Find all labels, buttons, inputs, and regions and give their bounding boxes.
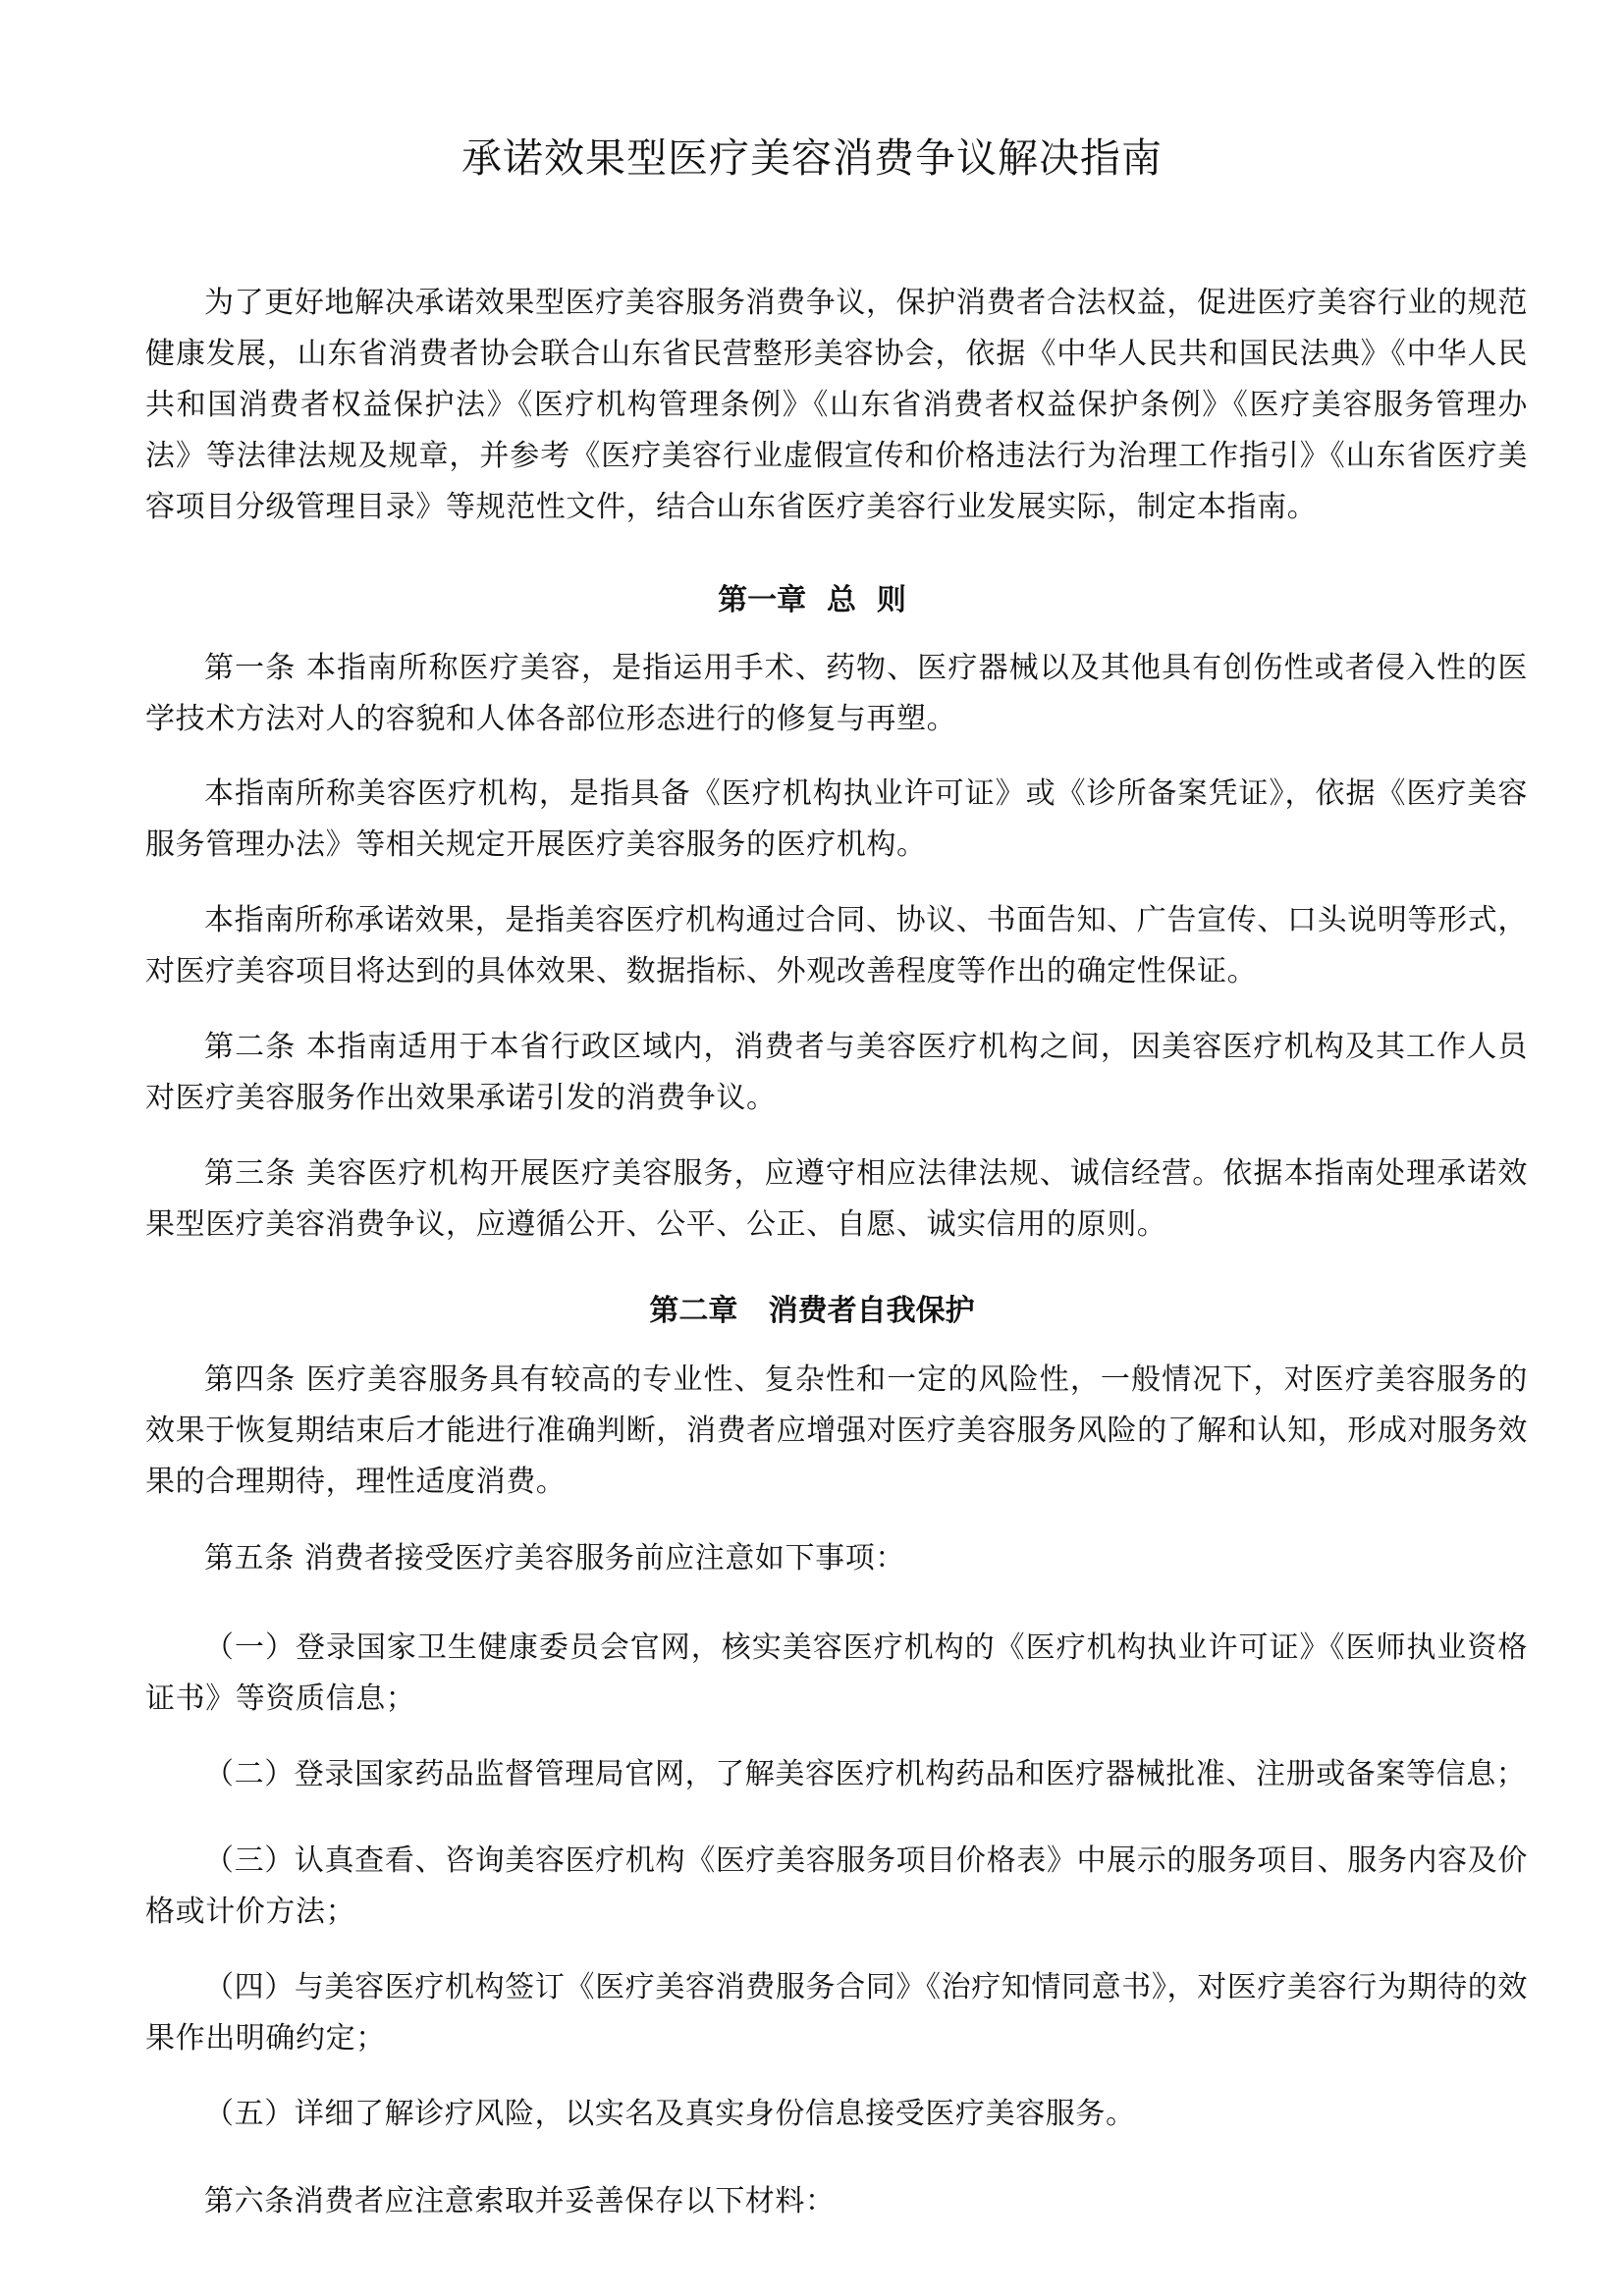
article-5-item-4: （四）与美容医疗机构签订《医疗美容消费服务合同》《治疗知情同意书》，对医疗美容行… — [145, 1962, 1528, 2064]
article-1-paragraph: 第一条 本指南所称医疗美容，是指运用手术、药物、医疗器械以及其他具有创伤性或者侵… — [145, 643, 1528, 745]
article-5-item-5: （五）详细了解诊疗风险，以实名及真实身份信息接受医疗美容服务。 — [145, 2089, 1528, 2140]
definition-institution-paragraph: 本指南所称美容医疗机构，是指具备《医疗机构执业许可证》或《诊所备案凭证》，依据《… — [145, 769, 1528, 871]
article-6-paragraph: 第六条消费者应注意索取并妥善保存以下材料： — [145, 2176, 1528, 2227]
article-2-paragraph: 第二条 本指南适用于本省行政区域内，消费者与美容医疗机构之间，因美容医疗机构及其… — [145, 1022, 1528, 1124]
article-5-item-3: （三）认真查看、咨询美容医疗机构《医疗美容服务项目价格表》中展示的服务项目、服务… — [145, 1836, 1528, 1938]
document-page: 承诺效果型医疗美容消费争议解决指南 为了更好地解决承诺效果型医疗美容服务消费争议… — [0, 0, 1624, 2296]
article-5-item-2: （二）登录国家药品监督管理局官网，了解美容医疗机构药品和医疗器械批准、注册或备案… — [145, 1749, 1528, 1800]
article-5-paragraph: 第五条 消费者接受医疗美容服务前应注意如下事项： — [145, 1533, 1528, 1584]
document-title: 承诺效果型医疗美容消费争议解决指南 — [0, 126, 1624, 184]
preamble-paragraph: 为了更好地解决承诺效果型医疗美容服务消费争议，保护消费者合法权益，促进医疗美容行… — [145, 278, 1528, 533]
article-4-paragraph: 第四条 医疗美容服务具有较高的专业性、复杂性和一定的风险性，一般情况下，对医疗美… — [145, 1355, 1528, 1508]
definition-promise-paragraph: 本指南所称承诺效果，是指美容医疗机构通过合同、协议、书面告知、广告宣传、口头说明… — [145, 895, 1528, 997]
article-3-paragraph: 第三条 美容医疗机构开展医疗美容服务，应遵守相应法律法规、诚信经营。依据本指南处… — [145, 1148, 1528, 1251]
chapter-2-heading: 第二章 消费者自我保护 — [0, 1286, 1624, 1329]
article-5-item-1: （一）登录国家卫生健康委员会官网，核实美容医疗机构的《医疗机构执业许可证》《医师… — [145, 1623, 1528, 1725]
chapter-1-heading: 第一章 总 则 — [0, 575, 1624, 618]
